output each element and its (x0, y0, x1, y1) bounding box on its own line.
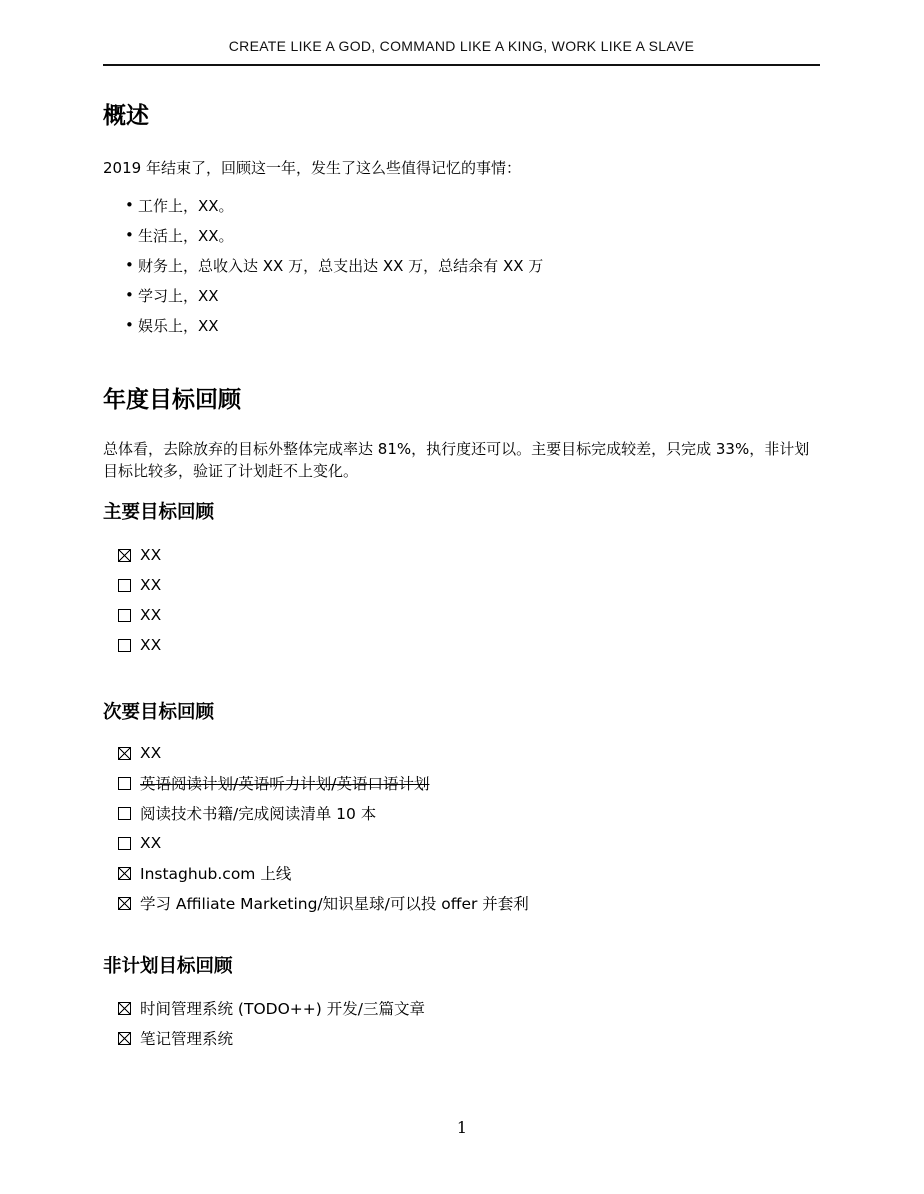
checkbox-checked-icon (118, 867, 131, 880)
page-number: 1 (457, 1118, 467, 1137)
unplanned-goals-checklist: 时间管理系统 (TODO++) 开发/三篇文章 笔记管理系统 (103, 993, 820, 1053)
checklist-item-text: XX (140, 546, 161, 564)
annual-review-title: 年度目标回顾 (103, 387, 820, 414)
overview-bullet-list: • 工作上，XX。 • 生活上，XX。 • 财务上，总收入达 XX 万，总支出达… (103, 190, 820, 340)
bullet-item: • 工作上，XX。 (103, 190, 820, 220)
checklist-item: 阅读技术书籍/完成阅读清单 10 本 (103, 798, 820, 828)
checklist-item-text: XX (140, 744, 161, 762)
page-content: CREATE LIKE A GOD, COMMAND LIKE A KING, … (0, 0, 924, 1053)
checklist-item-text: 学习 Affiliate Marketing/知识星球/可以投 offer 并套… (140, 892, 529, 914)
primary-goals-checklist: XX XX XX XX (103, 540, 820, 660)
checkbox-checked-icon (118, 549, 131, 562)
checkbox-unchecked-icon (118, 579, 131, 592)
checklist-item: XX (103, 540, 820, 570)
checkbox-checked-icon (118, 1002, 131, 1015)
bullet-text: 工作上，XX。 (138, 195, 234, 216)
bullet-dot-icon: • (125, 316, 138, 334)
bullet-text: 娱乐上，XX (138, 315, 219, 336)
checklist-item: XX (103, 828, 820, 858)
checklist-item: Instaghub.com 上线 (103, 858, 820, 888)
checklist-item: XX (103, 570, 820, 600)
checklist-item: 学习 Affiliate Marketing/知识星球/可以投 offer 并套… (103, 888, 820, 918)
checklist-item-text: 时间管理系统 (TODO++) 开发/三篇文章 (140, 997, 425, 1019)
checklist-item-text: 笔记管理系统 (140, 1027, 233, 1049)
bullet-item: • 财务上，总收入达 XX 万，总支出达 XX 万，总结余有 XX 万 (103, 250, 820, 280)
checkbox-checked-icon (118, 897, 131, 910)
checklist-item-text: 阅读技术书籍/完成阅读清单 10 本 (140, 802, 376, 824)
overview-title: 概述 (103, 103, 820, 130)
unplanned-goals-title: 非计划目标回顾 (103, 956, 820, 978)
checkbox-unchecked-icon (118, 777, 131, 790)
bullet-item: • 生活上，XX。 (103, 220, 820, 250)
checklist-item-text: Instaghub.com 上线 (140, 862, 291, 884)
page-footer: 1 (0, 1118, 924, 1137)
annual-review-summary: 总体看，去除放弃的目标外整体完成率达 81%，执行度还可以。主要目标完成较差，只… (103, 438, 820, 482)
checkbox-unchecked-icon (118, 807, 131, 820)
checklist-item-text: XX (140, 834, 161, 852)
bullet-item: • 学习上，XX (103, 280, 820, 310)
checklist-item: XX (103, 600, 820, 630)
overview-intro: 2019 年结束了，回顾这一年，发生了这么些值得记忆的事情： (103, 157, 820, 179)
secondary-goals-checklist: XX 英语阅读计划/英语听力计划/英语口语计划 阅读技术书籍/完成阅读清单 10… (103, 738, 820, 918)
checklist-item: XX (103, 738, 820, 768)
checklist-item-text-strikethrough: 英语阅读计划/英语听力计划/英语口语计划 (140, 772, 429, 794)
bullet-text: 生活上，XX。 (138, 225, 234, 246)
primary-goals-title: 主要目标回顾 (103, 502, 820, 524)
checklist-item: 笔记管理系统 (103, 1023, 820, 1053)
checkbox-checked-icon (118, 747, 131, 760)
checkbox-unchecked-icon (118, 609, 131, 622)
bullet-item: • 娱乐上，XX (103, 310, 820, 340)
checkbox-unchecked-icon (118, 837, 131, 850)
bullet-dot-icon: • (125, 286, 138, 304)
checklist-item-text: XX (140, 636, 161, 654)
bullet-dot-icon: • (125, 256, 138, 274)
document-page: CREATE LIKE A GOD, COMMAND LIKE A KING, … (0, 0, 924, 1194)
bullet-text: 学习上，XX (138, 285, 219, 306)
document-header: CREATE LIKE A GOD, COMMAND LIKE A KING, … (103, 38, 820, 66)
checklist-item: 时间管理系统 (TODO++) 开发/三篇文章 (103, 993, 820, 1023)
checklist-item-text: XX (140, 606, 161, 624)
checkbox-unchecked-icon (118, 639, 131, 652)
checklist-item-text: XX (140, 576, 161, 594)
bullet-dot-icon: • (125, 196, 138, 214)
bullet-text: 财务上，总收入达 XX 万，总支出达 XX 万，总结余有 XX 万 (138, 255, 543, 276)
checklist-item: XX (103, 630, 820, 660)
bullet-dot-icon: • (125, 226, 138, 244)
checkbox-checked-icon (118, 1032, 131, 1045)
header-motto: CREATE LIKE A GOD, COMMAND LIKE A KING, … (229, 38, 695, 54)
checklist-item: 英语阅读计划/英语听力计划/英语口语计划 (103, 768, 820, 798)
secondary-goals-title: 次要目标回顾 (103, 702, 820, 724)
